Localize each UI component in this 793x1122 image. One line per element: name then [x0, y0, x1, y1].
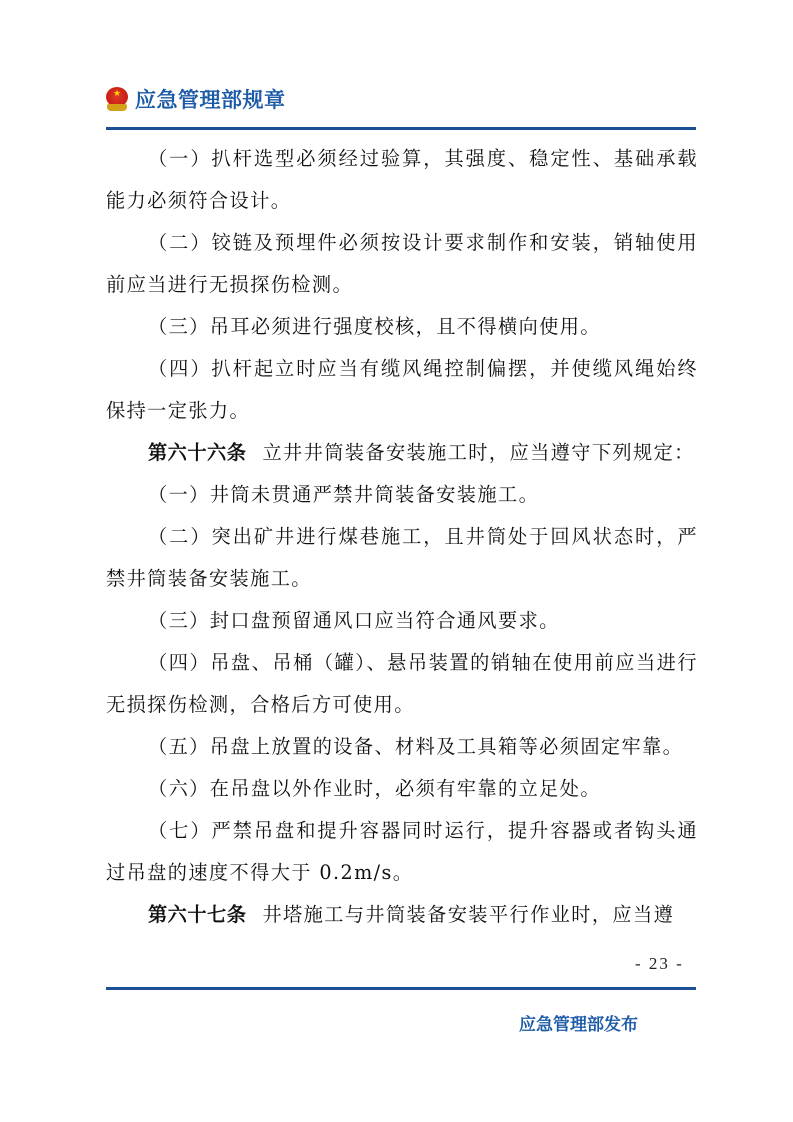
header-divider — [106, 127, 696, 130]
paragraph: （六）在吊盘以外作业时，必须有牢靠的立足处。 — [106, 768, 698, 810]
article-paragraph: 第六十六条立井井筒装备安装施工时，应当遵守下列规定： — [106, 432, 698, 474]
paragraph: （一）扒杆选型必须经过验算，其强度、稳定性、基础承载能力必须符合设计。 — [106, 138, 698, 222]
page-number: - 23 - — [635, 954, 684, 974]
article-number: 第六十七条 — [148, 903, 246, 926]
paragraph: （七）严禁吊盘和提升容器同时运行，提升容器或者钩头通过吊盘的速度不得大于 0.2… — [106, 810, 698, 894]
paragraph: （三）封口盘预留通风口应当符合通风要求。 — [106, 600, 698, 642]
article-paragraph: 第六十七条井塔施工与井筒装备安装平行作业时，应当遵 — [106, 894, 698, 936]
header-title: 应急管理部规章 — [135, 84, 286, 114]
paragraph: （二）突出矿井进行煤巷施工，且井筒处于回风状态时，严禁井筒装备安装施工。 — [106, 516, 698, 600]
paragraph: （三）吊耳必须进行强度校核，且不得横向使用。 — [106, 306, 698, 348]
footer-divider — [106, 987, 696, 990]
national-emblem-icon: ★ — [104, 86, 130, 112]
article-number: 第六十六条 — [148, 441, 246, 464]
paragraph: （五）吊盘上放置的设备、材料及工具箱等必须固定牢靠。 — [106, 726, 698, 768]
page-header: ★ 应急管理部规章 — [104, 84, 286, 114]
paragraph: （一）井筒未贯通严禁井筒装备安装施工。 — [106, 474, 698, 516]
paragraph: （四）扒杆起立时应当有缆风绳控制偏摆，并使缆风绳始终保持一定张力。 — [106, 348, 698, 432]
footer-publisher: 应急管理部发布 — [519, 1010, 638, 1035]
document-body: （一）扒杆选型必须经过验算，其强度、稳定性、基础承载能力必须符合设计。 （二）铰… — [106, 138, 698, 936]
paragraph: （四）吊盘、吊桶（罐）、悬吊装置的销轴在使用前应当进行无损探伤检测，合格后方可使… — [106, 642, 698, 726]
paragraph: （二）铰链及预埋件必须按设计要求制作和安装，销轴使用前应当进行无损探伤检测。 — [106, 222, 698, 306]
